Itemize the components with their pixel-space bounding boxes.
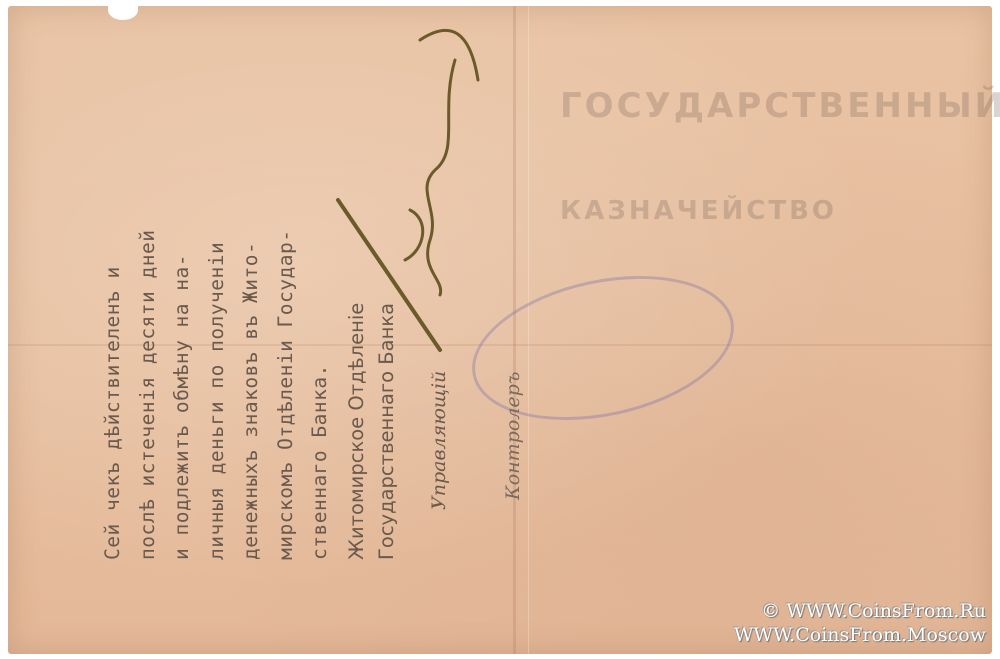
text-line: Сей чекъ дѣйствителенъ и bbox=[96, 230, 131, 560]
watermark-line: © WWW.CoinsFrom.Ru bbox=[734, 599, 986, 623]
ghost-print-title: ГОСУДАРСТВЕННЫЙ bbox=[560, 86, 1000, 126]
issuer-block: Житомирское Отдѣленіе Государственнаго Б… bbox=[342, 303, 402, 560]
controller-label: Контролеръ bbox=[502, 372, 524, 500]
watermark: © WWW.CoinsFrom.Ru WWW.CoinsFrom.Moscow bbox=[734, 599, 986, 647]
validity-text-block: Сей чекъ дѣйствителенъ и послѣ истеченія… bbox=[96, 230, 338, 560]
watermark-line: WWW.CoinsFrom.Moscow bbox=[734, 623, 986, 647]
text-line: личныя деньги по полученіи bbox=[200, 230, 235, 560]
issuer-line: Житомирское Отдѣленіе bbox=[342, 303, 372, 560]
manager-label: Управляющій bbox=[428, 371, 450, 510]
text-line: денежныхъ знаковъ въ Жито- bbox=[234, 230, 269, 560]
text-line: ственнаго Банка. bbox=[303, 230, 338, 560]
issuer-line: Государственнаго Банка bbox=[372, 303, 402, 560]
torn-edge bbox=[108, 0, 138, 20]
text-line: послѣ истеченія десяти дней bbox=[131, 230, 166, 560]
ghost-print-subtitle: КАЗНАЧЕЙСТВО bbox=[560, 196, 837, 226]
text-line: мирскомъ Отдѣленіи Государ- bbox=[269, 230, 304, 560]
text-line: и подлежитъ обмѣну на на- bbox=[165, 230, 200, 560]
